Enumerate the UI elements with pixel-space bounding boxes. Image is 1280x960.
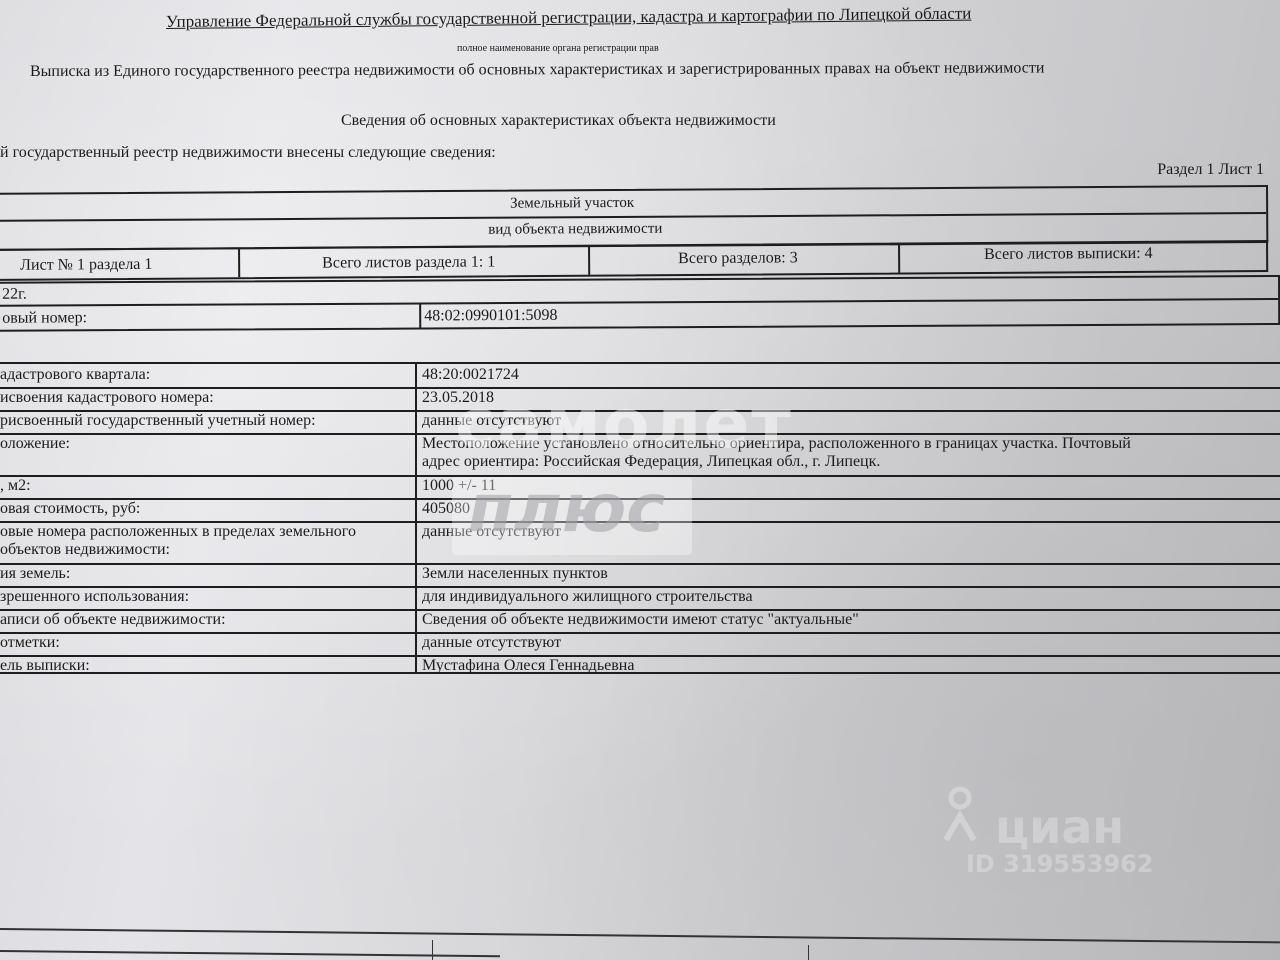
field-label: ия земель: — [0, 565, 70, 583]
divider — [0, 298, 1278, 307]
field-label: адастрового квартала: — [0, 366, 150, 384]
section-sheet-label: Раздел 1 Лист 1 — [1157, 161, 1264, 179]
field-value-line2: адрес ориентира: Российская Федерация, Л… — [422, 453, 880, 471]
field-value: 48:20:0021724 — [422, 366, 519, 384]
field-value: Местоположение установлено относительно … — [422, 435, 1131, 453]
divider — [419, 302, 421, 329]
intro-text: й государственный реестр недвижимости вн… — [0, 144, 496, 162]
next-table-top — [0, 928, 1280, 943]
field-label: овые номера расположенных в пределах зем… — [0, 523, 356, 541]
row-divider — [0, 632, 1280, 634]
row-divider — [0, 655, 1280, 657]
next-table-col — [432, 940, 433, 960]
field-label: оложение: — [0, 435, 70, 453]
watermark-cian-id: ID 319553962 — [966, 850, 1154, 878]
watermark-plus-box — [452, 477, 692, 555]
object-type: Земельный участок — [510, 195, 634, 213]
watermark-cian: циан — [995, 800, 1124, 854]
divider — [588, 247, 590, 275]
field-label: , м2: — [0, 477, 31, 495]
field-value: для индивидуального жилищного строительс… — [422, 588, 753, 606]
section-title: Сведения об основных характеристиках объ… — [341, 112, 776, 130]
total-sheets: Всего листов выписки: 4 — [984, 245, 1153, 264]
field-label: овая стоимость, руб: — [0, 500, 140, 518]
field-label: рисвоенный государственный учетный номер… — [0, 412, 316, 430]
sheets-in-section: Всего листов раздела 1: 1 — [322, 253, 495, 272]
field-value: данные отсутствуют — [422, 412, 561, 430]
location-pin-icon — [940, 784, 980, 844]
next-table-line — [0, 950, 500, 957]
cadastral-box: 22г. овый номер: 48:02:0990101:5098 — [0, 275, 1280, 332]
field-label: отметки: — [0, 634, 60, 652]
extract-title: Выписка из Единого государственного реес… — [30, 59, 1044, 81]
field-value: Сведения об объекте недвижимости имеют с… — [422, 611, 859, 629]
divider — [898, 245, 900, 273]
cadastral-number-value: 48:02:0990101:5098 — [424, 307, 557, 326]
field-label-line2: объектов недвижимости: — [0, 541, 170, 559]
field-label: аписи об объекте недвижимости: — [0, 611, 226, 629]
field-value: данные отсутствуют — [422, 634, 561, 652]
sheet-number: Лист № 1 раздела 1 — [20, 256, 152, 275]
organization-name: Управление Федеральной службы государств… — [166, 4, 972, 32]
row-divider — [0, 563, 1280, 565]
organization-caption: полное наименование органа регистрации п… — [457, 43, 659, 54]
field-label: зрешенного использования: — [0, 588, 189, 606]
field-label: исвоения кадастрового номера: — [0, 389, 214, 407]
next-table-col — [808, 945, 809, 960]
total-sections: Всего разделов: 3 — [678, 249, 798, 268]
field-value: Мустафина Олеся Геннадьевна — [422, 657, 634, 675]
field-value: 23.05.2018 — [422, 389, 494, 407]
cadastral-number-label: овый номер: — [2, 309, 87, 327]
field-value: Земли населенных пунктов — [422, 565, 608, 583]
object-type-caption: вид объекта недвижимости — [488, 221, 662, 239]
field-label: ель выписки: — [0, 657, 90, 675]
divider — [238, 249, 240, 277]
date-row: 22г. — [2, 286, 27, 304]
